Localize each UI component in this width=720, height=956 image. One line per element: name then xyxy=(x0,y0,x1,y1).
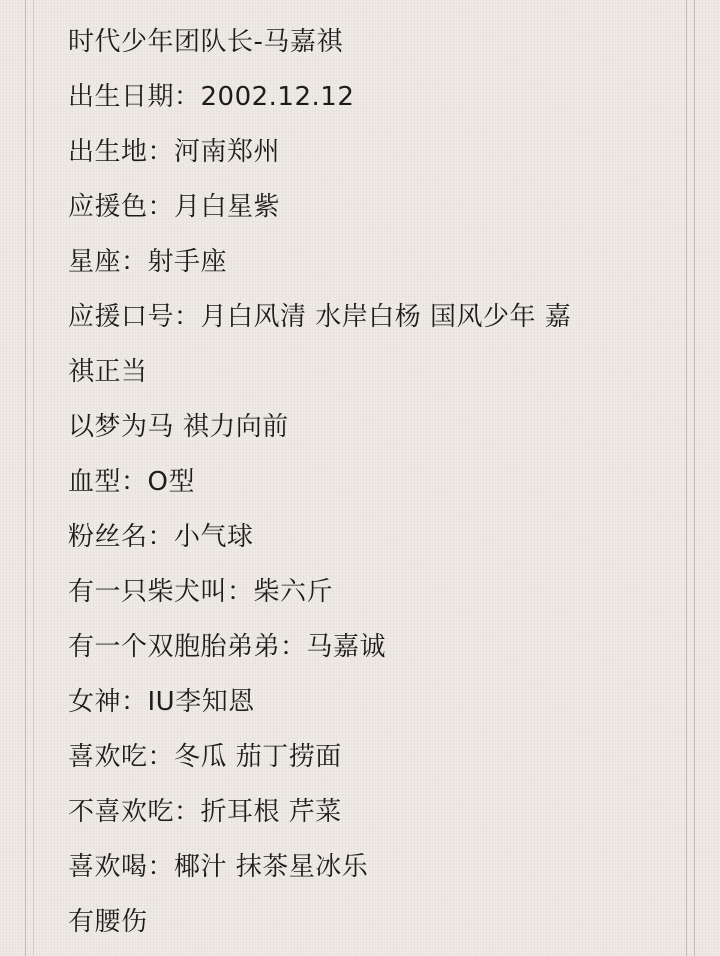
likes-drink-line: 喜欢喝：椰汁 抹茶星冰乐 xyxy=(68,847,648,887)
right-margin-rule-inner xyxy=(686,0,687,956)
birthdate-line: 出生日期：2002.12.12 xyxy=(68,77,648,117)
slogan-line-2: 以梦为马 祺力向前 xyxy=(68,407,648,447)
profile-text-block: 时代少年团队长-马嘉祺 出生日期：2002.12.12 出生地：河南郑州 应援色… xyxy=(68,22,648,956)
idol-line: 女神：IU李知恩 xyxy=(68,682,648,722)
zodiac-line: 星座：射手座 xyxy=(68,242,648,282)
support-color-line: 应援色：月白星紫 xyxy=(68,187,648,227)
blood-type-line: 血型：O型 xyxy=(68,462,648,502)
slogan-line-continued: 祺正当 xyxy=(68,352,648,392)
title-line: 时代少年团队长-马嘉祺 xyxy=(68,22,648,62)
twin-brother-line: 有一个双胞胎弟弟：马嘉诚 xyxy=(68,627,648,667)
left-margin-rule-inner xyxy=(33,0,34,956)
pet-dog-line: 有一只柴犬叫：柴六斤 xyxy=(68,572,648,612)
injury-line: 有腰伤 xyxy=(68,902,648,942)
left-margin-rule-outer xyxy=(25,0,26,956)
right-margin-rule-outer xyxy=(694,0,695,956)
likes-food-line: 喜欢吃：冬瓜 茄丁捞面 xyxy=(68,737,648,777)
slogan-line: 应援口号：月白风清 水岸白杨 国风少年 嘉 xyxy=(68,297,648,337)
fan-name-line: 粉丝名：小气球 xyxy=(68,517,648,557)
dislikes-food-line: 不喜欢吃：折耳根 芹菜 xyxy=(68,792,648,832)
birthplace-line: 出生地：河南郑州 xyxy=(68,132,648,172)
